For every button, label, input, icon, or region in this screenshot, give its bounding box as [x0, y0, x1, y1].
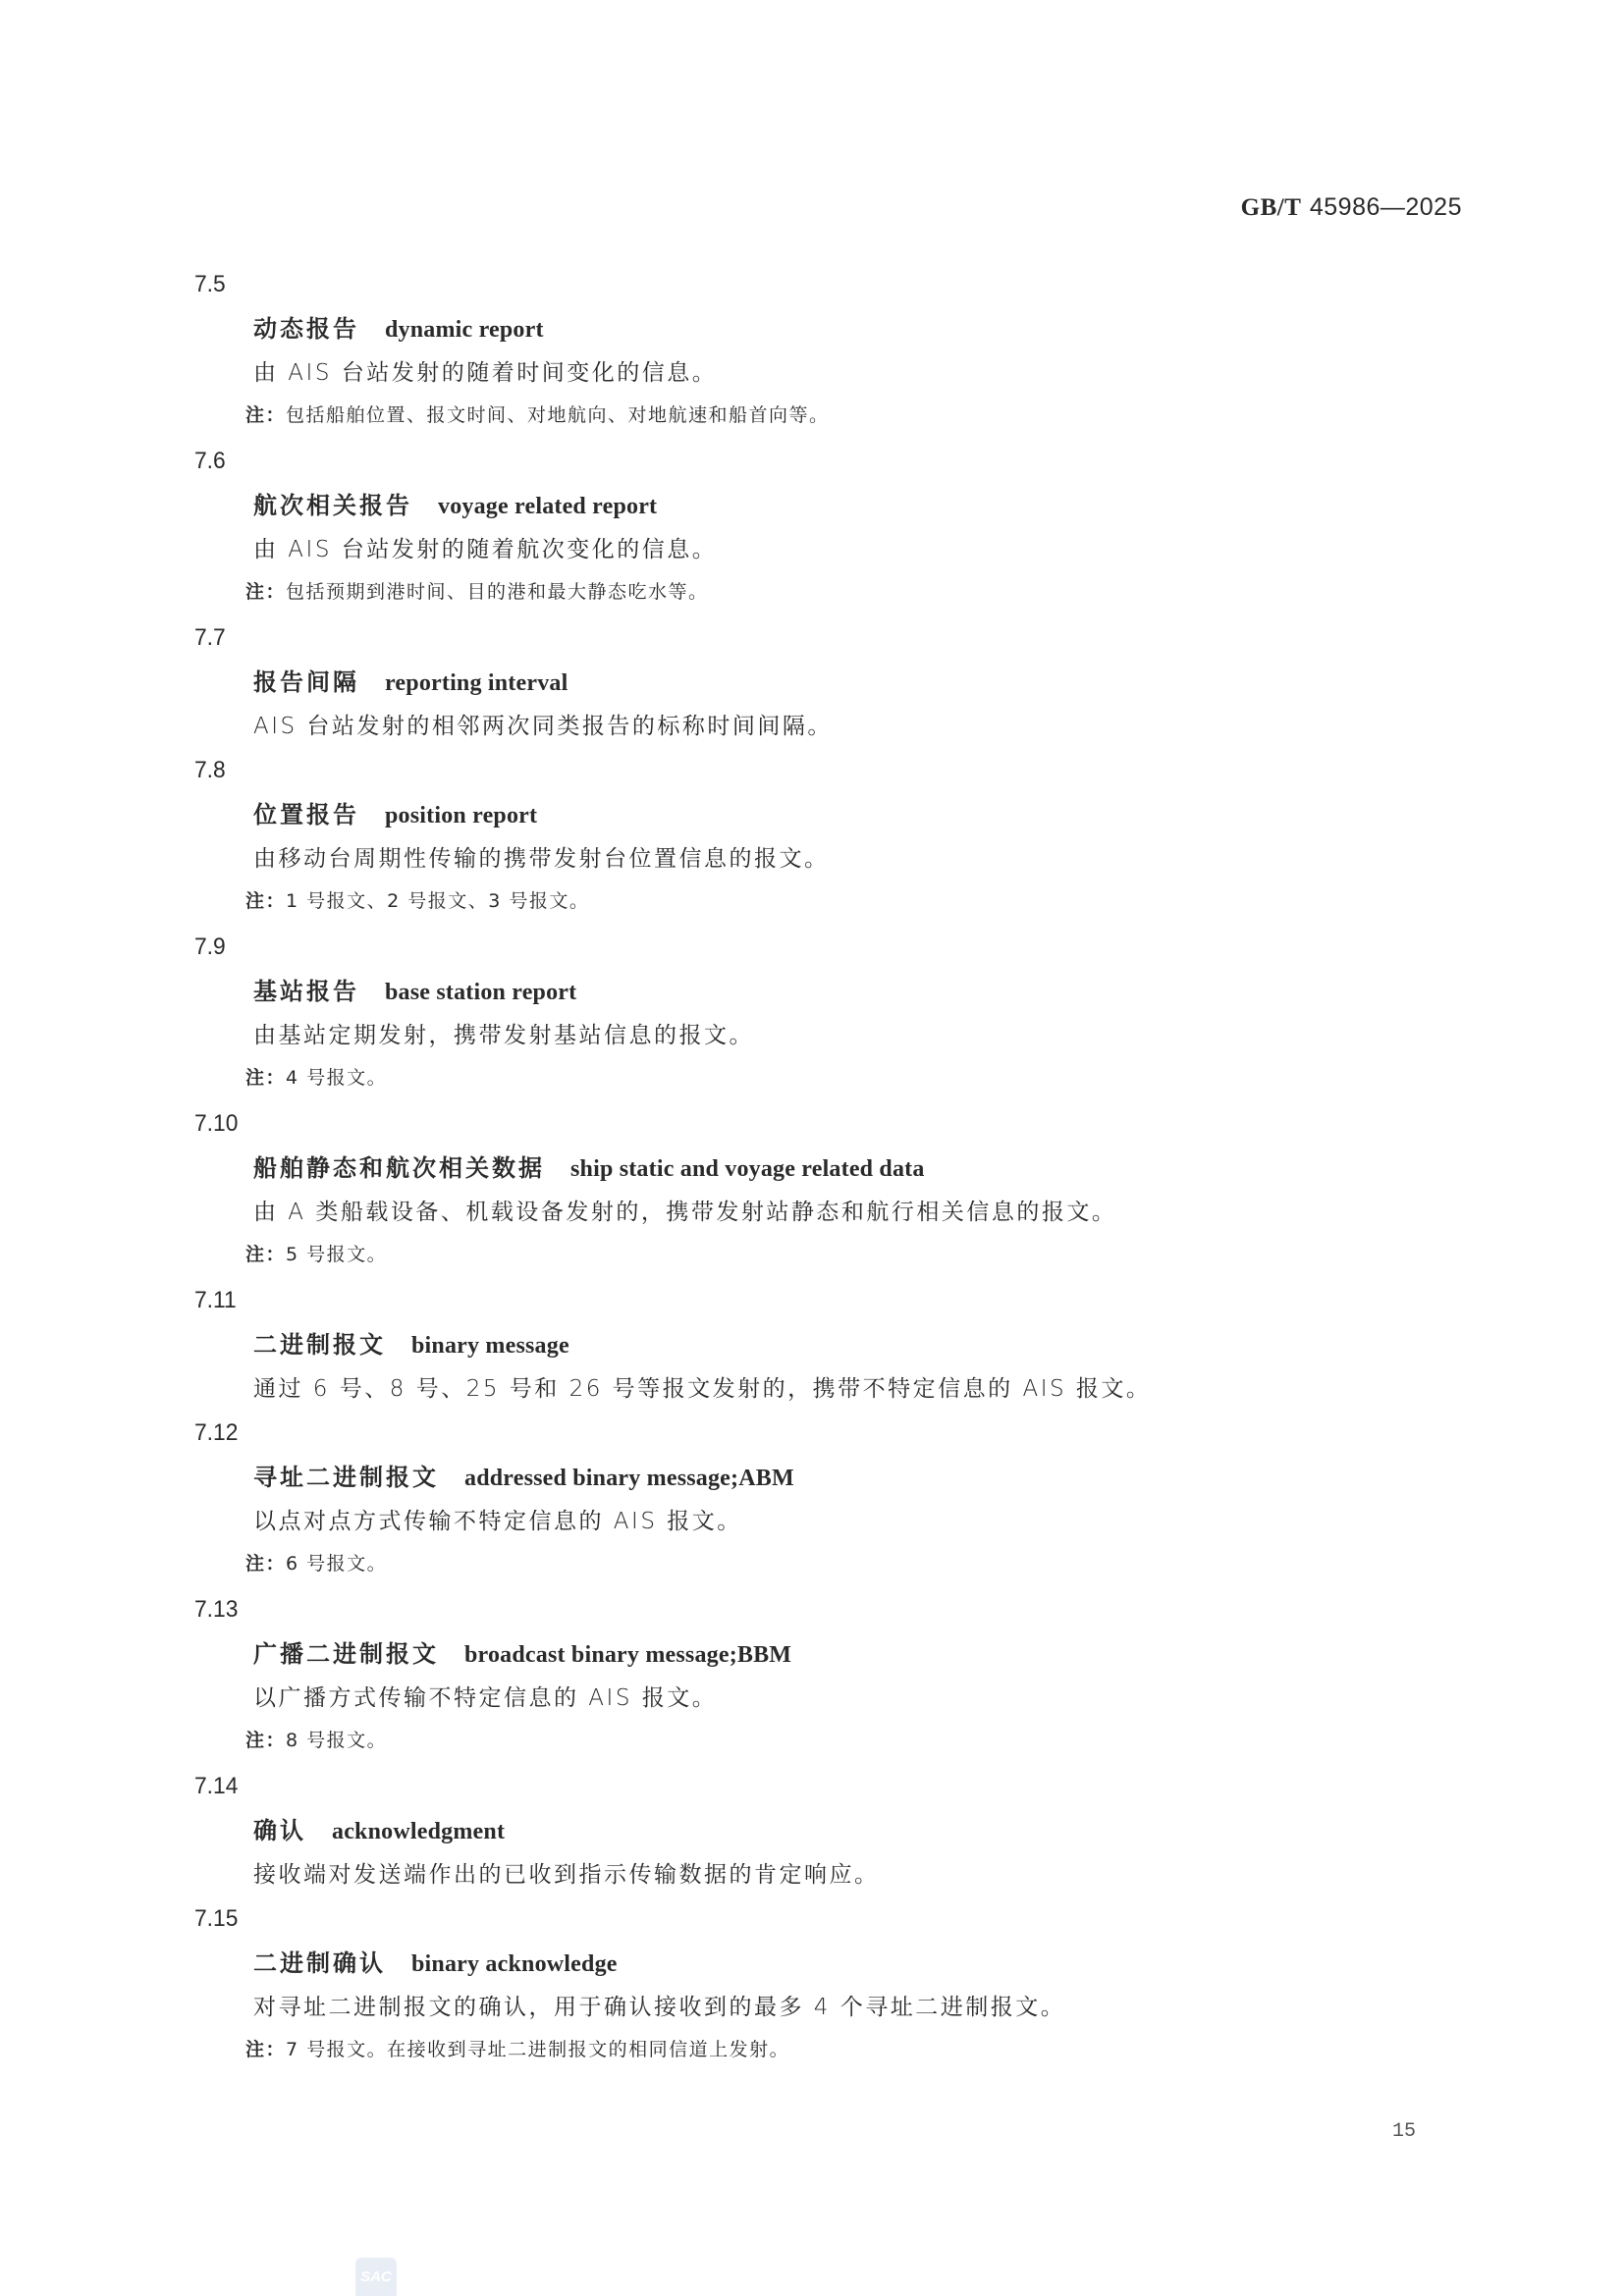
- term-entry: 7.9 基站报告base station report 由基站定期发射，携带发射…: [194, 933, 1471, 1109]
- entry-number: 7.11: [194, 1286, 1407, 1330]
- note-label: 注：: [245, 1553, 286, 1575]
- term-zh: 基站报告: [253, 978, 359, 1005]
- term-entry: 7.15 二进制确认binary acknowledge 对寻址二进制报文的确认…: [194, 1904, 1471, 2081]
- term-entry: 7.11 二进制报文binary message 通过 6 号、8 号、25 号…: [194, 1286, 1471, 1418]
- entry-number: 7.9: [194, 933, 1407, 977]
- note-label: 注：: [245, 404, 286, 426]
- term-definition: 由 AIS 台站发射的随着时间变化的信息。: [253, 358, 1471, 402]
- term-heading: 广播二进制报文broadcast binary message;BBM: [253, 1639, 1471, 1683]
- note-text: 6 号报文。: [286, 1553, 387, 1575]
- term-en: addressed binary message;ABM: [464, 1466, 794, 1491]
- term-heading: 船舶静态和航次相关数据ship static and voyage relate…: [253, 1153, 1471, 1198]
- term-note: 注：5 号报文。: [245, 1242, 1471, 1286]
- note-text: 包括预期到港时间、目的港和最大静态吃水等。: [286, 581, 709, 603]
- term-heading: 确认acknowledgment: [253, 1816, 1471, 1860]
- term-en: voyage related report: [438, 494, 657, 519]
- note-label: 注：: [245, 890, 286, 912]
- note-label: 注：: [245, 1730, 286, 1751]
- page-number: 15: [1392, 2120, 1416, 2143]
- term-en: broadcast binary message;BBM: [464, 1642, 791, 1668]
- term-entry: 7.7 报告间隔reporting interval AIS 台站发射的相邻两次…: [194, 623, 1471, 756]
- term-heading: 寻址二进制报文addressed binary message;ABM: [253, 1463, 1471, 1507]
- standard-number: 45986—2025: [1310, 193, 1462, 221]
- note-label: 注：: [245, 581, 286, 603]
- entry-number: 7.15: [194, 1904, 1407, 1949]
- term-zh: 位置报告: [253, 801, 359, 828]
- term-en: dynamic report: [385, 317, 544, 343]
- term-zh: 二进制报文: [253, 1331, 386, 1359]
- entry-number: 7.10: [194, 1109, 1407, 1153]
- note-text: 4 号报文。: [286, 1067, 387, 1089]
- term-entry: 7.6 航次相关报告voyage related report 由 AIS 台站…: [194, 447, 1471, 623]
- note-text: 7 号报文。在接收到寻址二进制报文的相同信道上发射。: [286, 2039, 789, 2060]
- term-entry: 7.8 位置报告position report 由移动台周期性传输的携带发射台位…: [194, 756, 1471, 933]
- note-label: 注：: [245, 1067, 286, 1089]
- term-heading: 报告间隔reporting interval: [253, 667, 1471, 712]
- term-note: 注：4 号报文。: [245, 1065, 1471, 1109]
- sac-watermark-logo: SAC: [355, 2258, 397, 2296]
- term-zh: 寻址二进制报文: [253, 1464, 439, 1491]
- entry-number: 7.8: [194, 756, 1407, 800]
- term-heading: 航次相关报告voyage related report: [253, 491, 1471, 535]
- term-en: position report: [385, 803, 537, 828]
- term-en: binary message: [411, 1333, 569, 1359]
- note-label: 注：: [245, 1244, 286, 1265]
- terms-list: 7.5 动态报告dynamic report 由 AIS 台站发射的随着时间变化…: [194, 270, 1471, 2081]
- note-label: 注：: [245, 2039, 286, 2060]
- term-en: ship static and voyage related data: [570, 1156, 925, 1182]
- entry-number: 7.14: [194, 1772, 1407, 1816]
- term-definition: 由 AIS 台站发射的随着航次变化的信息。: [253, 535, 1471, 579]
- term-en: acknowledgment: [332, 1819, 505, 1844]
- term-entry: 7.14 确认acknowledgment 接收端对发送端作出的已收到指示传输数…: [194, 1772, 1471, 1904]
- term-en: base station report: [385, 980, 576, 1005]
- entry-number: 7.12: [194, 1418, 1407, 1463]
- term-definition: 通过 6 号、8 号、25 号和 26 号等报文发射的，携带不特定信息的 AIS…: [253, 1374, 1471, 1418]
- term-heading: 位置报告position report: [253, 800, 1471, 844]
- term-entry: 7.12 寻址二进制报文addressed binary message;ABM…: [194, 1418, 1471, 1595]
- note-text: 1 号报文、2 号报文、3 号报文。: [286, 890, 589, 912]
- term-entry: 7.5 动态报告dynamic report 由 AIS 台站发射的随着时间变化…: [194, 270, 1471, 447]
- standard-prefix: GB/T: [1241, 194, 1302, 221]
- term-definition: 以广播方式传输不特定信息的 AIS 报文。: [253, 1683, 1471, 1728]
- entry-number: 7.6: [194, 447, 1407, 491]
- term-heading: 基站报告base station report: [253, 977, 1471, 1021]
- term-en: reporting interval: [385, 670, 568, 696]
- note-text: 8 号报文。: [286, 1730, 387, 1751]
- term-note: 注：包括船舶位置、报文时间、对地航向、对地航速和船首向等。: [245, 402, 1471, 447]
- entry-number: 7.13: [194, 1595, 1407, 1639]
- term-zh: 航次相关报告: [253, 492, 412, 519]
- term-zh: 确认: [253, 1817, 306, 1844]
- term-note: 注：6 号报文。: [245, 1551, 1471, 1595]
- term-definition: 由基站定期发射，携带发射基站信息的报文。: [253, 1021, 1471, 1065]
- term-definition: 由 A 类船载设备、机载设备发射的，携带发射站静态和航行相关信息的报文。: [253, 1198, 1471, 1242]
- term-definition: 对寻址二进制报文的确认，用于确认接收到的最多 4 个寻址二进制报文。: [253, 1993, 1471, 2037]
- note-text: 5 号报文。: [286, 1244, 387, 1265]
- term-definition: 由移动台周期性传输的携带发射台位置信息的报文。: [253, 844, 1471, 888]
- document-header: GB/T 45986—2025: [1241, 192, 1462, 222]
- term-zh: 广播二进制报文: [253, 1640, 439, 1668]
- entry-number: 7.5: [194, 270, 1407, 314]
- term-note: 注：包括预期到港时间、目的港和最大静态吃水等。: [245, 579, 1471, 623]
- term-en: binary acknowledge: [411, 1951, 618, 1977]
- entry-number: 7.7: [194, 623, 1407, 667]
- term-zh: 报告间隔: [253, 668, 359, 696]
- term-zh: 动态报告: [253, 315, 359, 343]
- term-definition: AIS 台站发射的相邻两次同类报告的标称时间间隔。: [253, 712, 1471, 756]
- term-definition: 接收端对发送端作出的已收到指示传输数据的肯定响应。: [253, 1860, 1471, 1904]
- term-heading: 动态报告dynamic report: [253, 314, 1471, 358]
- term-entry: 7.13 广播二进制报文broadcast binary message;BBM…: [194, 1595, 1471, 1772]
- term-entry: 7.10 船舶静态和航次相关数据ship static and voyage r…: [194, 1109, 1471, 1286]
- term-note: 注：1 号报文、2 号报文、3 号报文。: [245, 888, 1471, 933]
- term-heading: 二进制报文binary message: [253, 1330, 1471, 1374]
- term-note: 注：8 号报文。: [245, 1728, 1471, 1772]
- note-text: 包括船舶位置、报文时间、对地航向、对地航速和船首向等。: [286, 404, 830, 426]
- term-zh: 船舶静态和航次相关数据: [253, 1154, 545, 1182]
- term-definition: 以点对点方式传输不特定信息的 AIS 报文。: [253, 1507, 1471, 1551]
- term-note: 注：7 号报文。在接收到寻址二进制报文的相同信道上发射。: [245, 2037, 1471, 2081]
- term-zh: 二进制确认: [253, 1949, 386, 1977]
- term-heading: 二进制确认binary acknowledge: [253, 1949, 1471, 1993]
